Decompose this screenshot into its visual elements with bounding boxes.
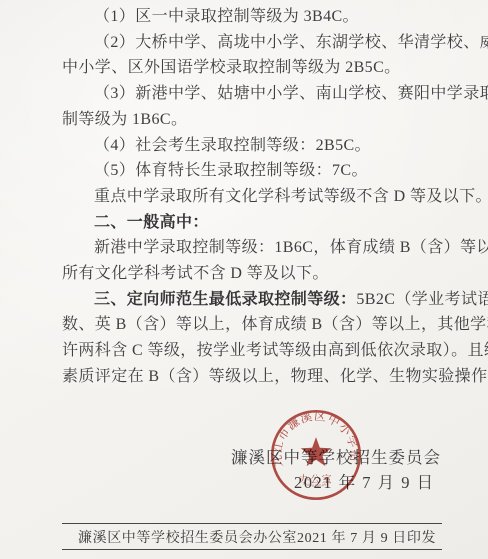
footer-issuing-office: 濂溪区中等学校招生委员会办公室	[78, 527, 297, 547]
body-line: 重点中学录取所有文化学科考试等级不含 D 等及以下。	[62, 184, 448, 210]
footer: 濂溪区中等学校招生委员会办公室 2021 年 7 月 9 日印发	[78, 527, 430, 547]
document-body: （1）区一中录取控制等级为 3B4C。 （2）大桥中学、高垅中小学、东湖学校、华…	[62, 4, 448, 390]
body-line: （4）社会考生录取控制等级：2B5C。	[62, 133, 448, 159]
body-line: （2）大桥中学、高垅中小学、东湖学校、华清学校、威家	[62, 30, 448, 56]
body-line: （5）体育特长生录取控制等级：7C。	[62, 158, 448, 184]
body-line: 中小学、区外国语学校录取控制等级为 2B5C。	[62, 55, 448, 81]
body-line: 制等级为 1B6C。	[62, 107, 448, 133]
footer-print-date: 2021 年 7 月 9 日印发	[297, 527, 436, 547]
official-seal-stamp: 九江市濂溪区中小学招生 办公室 360403000673	[269, 408, 363, 502]
footer-rule-bottom	[62, 549, 442, 550]
section-heading-general: 二、一般高中：	[62, 210, 448, 236]
footer-rule-top	[62, 523, 442, 524]
body-line: 数、英 B（含）等以上，体育成绩 B（含）等以上，其他学科允	[62, 312, 448, 338]
body-line: 许两科含 C 等级，按学业考试等级由高到低依次录取）。且综合	[62, 338, 448, 364]
document-page: （1）区一中录取控制等级为 3B4C。 （2）大桥中学、高垅中小学、东湖学校、华…	[0, 0, 488, 559]
body-line: 新港中学录取控制等级：1B6C，体育成绩 B（含）等以上，	[62, 235, 448, 261]
body-line: 素质评定在 B（含）等级以上，物理、化学、生物实验操作合格。	[62, 364, 448, 390]
section-heading-directed: 三、定向师范生最低录取控制等级：5B2C（学业考试语、	[62, 287, 448, 313]
body-line: 所有文化学科考试不含 D 等及以下。	[62, 261, 448, 287]
body-line: （3）新港中学、姑塘中小学、南山学校、赛阳中学录取控	[62, 81, 448, 107]
seal-star-icon	[301, 437, 331, 466]
body-line: （1）区一中录取控制等级为 3B4C。	[62, 4, 448, 30]
